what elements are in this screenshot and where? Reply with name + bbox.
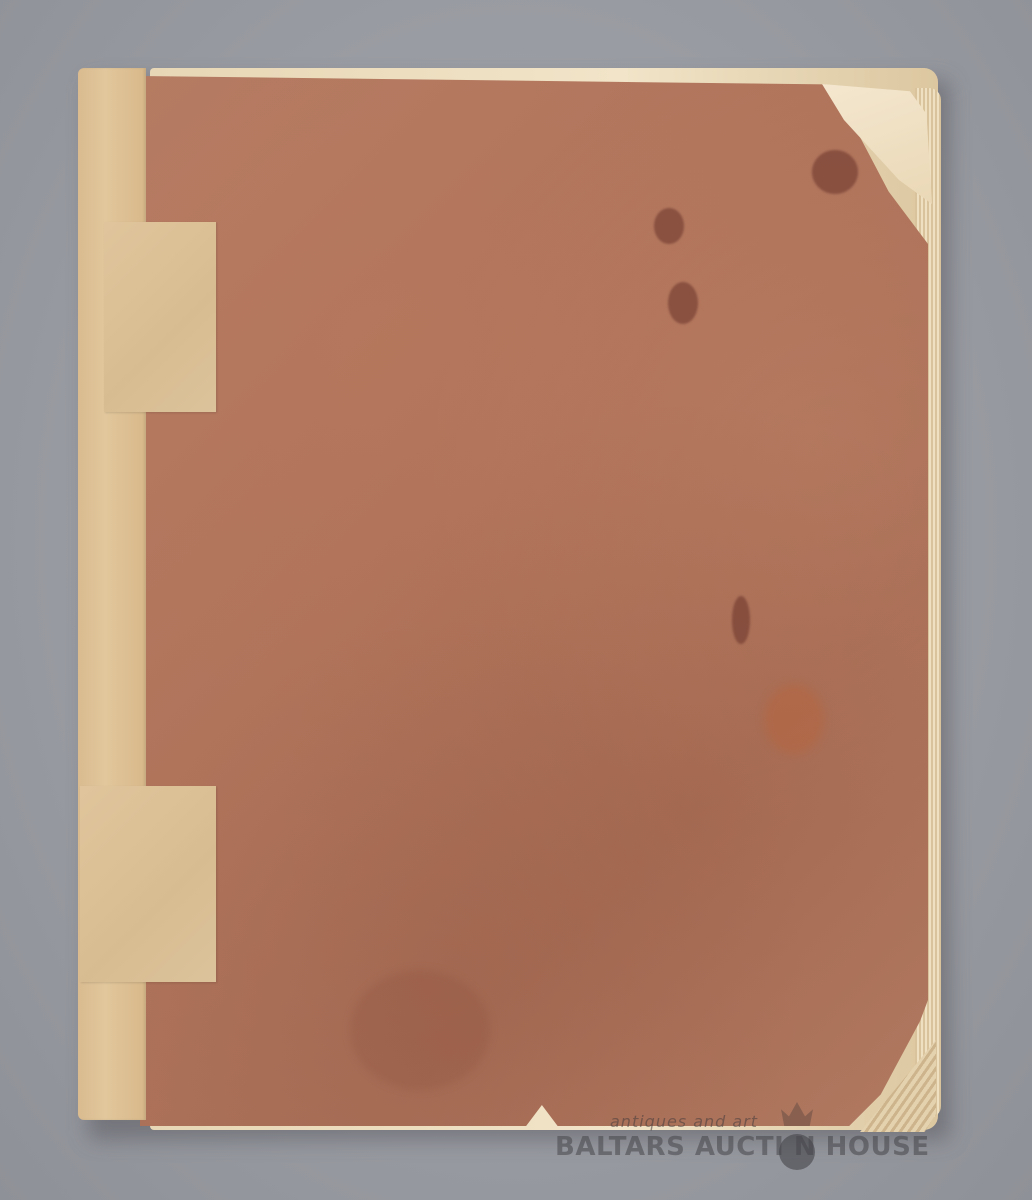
water-stain	[350, 970, 490, 1090]
tape-patch-bottom	[80, 786, 216, 982]
tape-patch-top	[104, 222, 216, 412]
stain-spot	[812, 150, 858, 194]
stain-spot	[668, 282, 698, 324]
water-stain	[764, 684, 824, 754]
stain-spot	[732, 596, 750, 644]
book-cover	[140, 76, 928, 1126]
stain-spot	[654, 208, 684, 244]
